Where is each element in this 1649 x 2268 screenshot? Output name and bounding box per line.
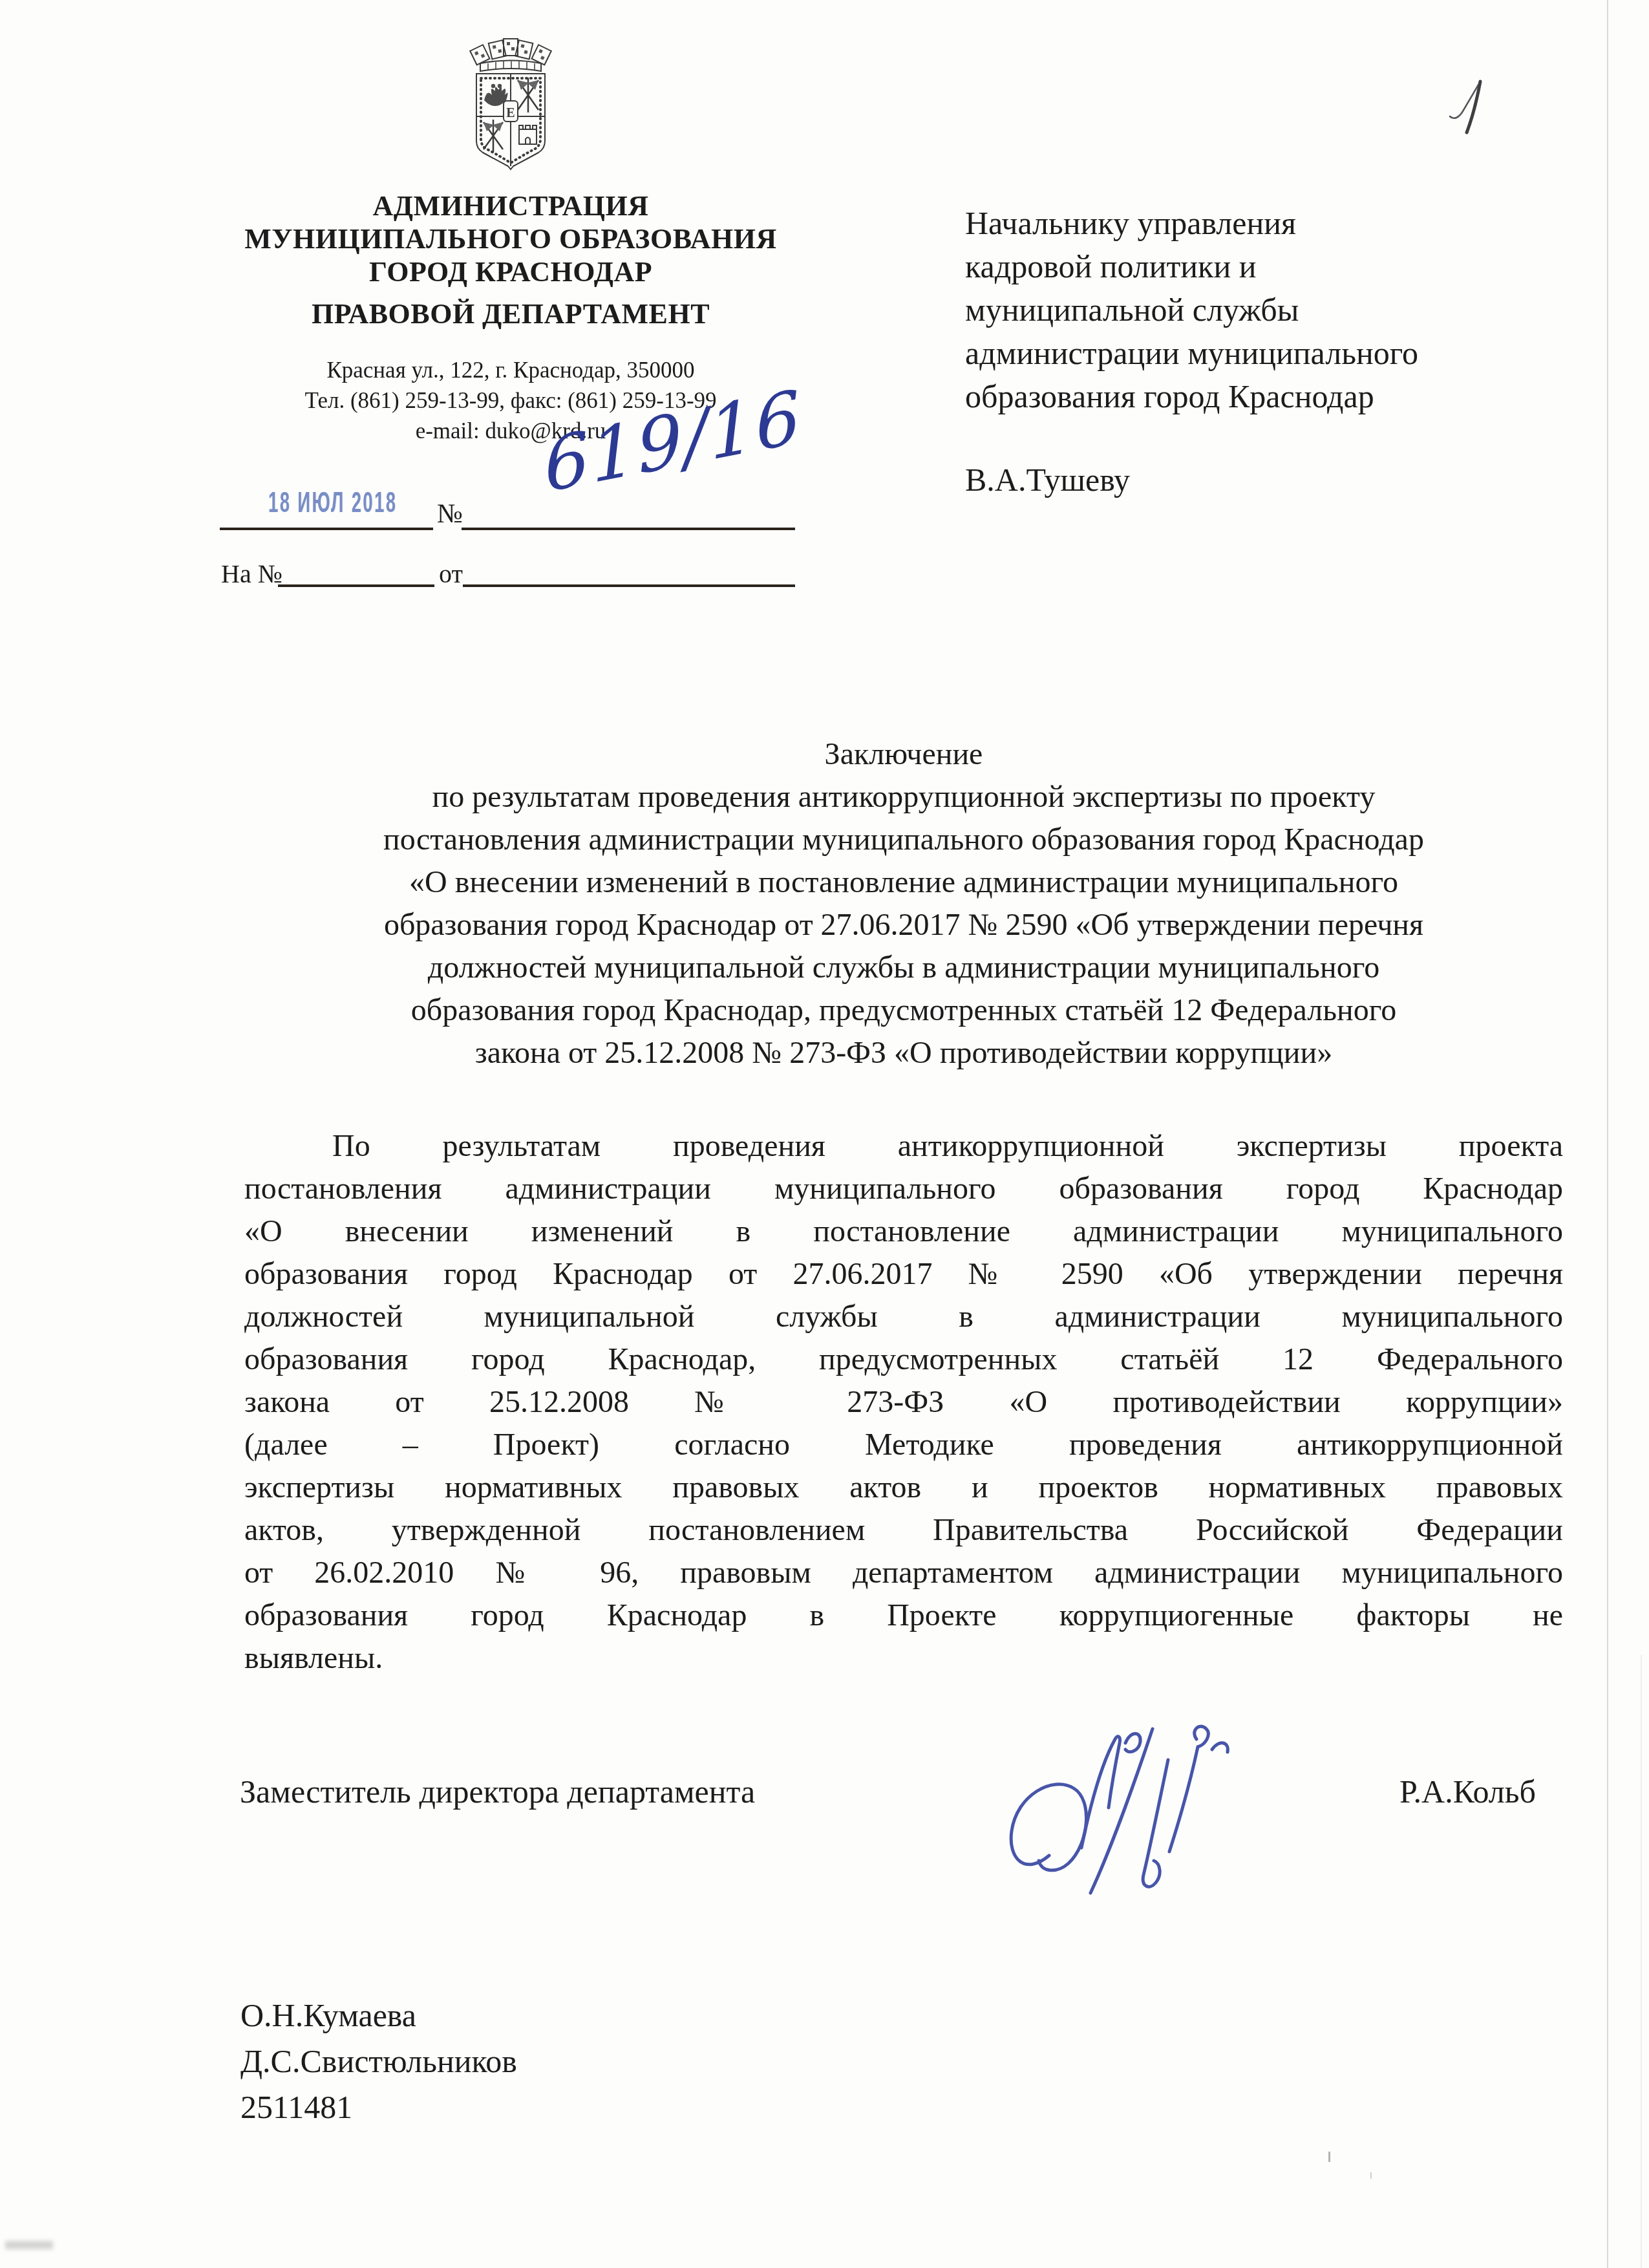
addressee-line: Начальнику управления [965,202,1547,245]
executor-phone: 2511481 [240,2084,517,2130]
date-stamp: 18 ИЮЛ 2018 [268,487,397,519]
body-line: должностей муниципальной службы в админи… [244,1296,1563,1338]
title-line: постановления администрации муниципально… [244,818,1563,861]
scanned-letter-page: Е АДМИНИСТРАЦИЯ МУНИЦИПАЛЬНОГО ОБРАЗОВАН… [0,0,1649,2268]
page-number-annotation [1445,70,1490,141]
body-line: от 26.02.2010 № 96, правовым департамент… [244,1552,1563,1594]
department-name: ПРАВОВОЙ ДЕПАРТАМЕНТ [207,297,814,330]
title-line: образования город Краснодар, предусмотре… [244,989,1563,1032]
scan-speck-artifact [1328,2152,1330,2162]
krasnodar-coat-of-arms-icon: Е [466,37,555,171]
addressee-line: администрации муниципального [965,332,1547,375]
title-line: должностей муниципальной службы в админи… [244,947,1563,989]
body-line: (далее – Проект) согласно Методике прове… [244,1424,1563,1466]
title-line: образования город Краснодар от 27.06.201… [244,904,1563,947]
title-line: Заключение [244,733,1563,776]
addressee-line: образования город Краснодар [965,375,1547,418]
addressee-line: муниципальной службы [965,288,1547,332]
executor-name-1: О.Н.Кумаева [240,1993,517,2038]
reply-date-underline [463,584,795,587]
body-line: актов, утвержденной постановлением Прави… [244,1509,1563,1552]
executor-name-2: Д.С.Свистюльников [240,2038,517,2084]
body-line: закона от 25.12.2008 № 273-ФЗ «О противо… [244,1381,1563,1424]
addressee-block: Начальнику управления кадровой политики … [965,202,1547,502]
reply-date-label: от [439,559,463,590]
org-name-line-1: АДМИНИСТРАЦИЯ [207,189,814,222]
signature-autograph [999,1720,1290,1914]
executors-block: О.Н.Кумаева Д.С.Свистюльников 2511481 [240,1993,517,2130]
document-title: Заключение по результатам проведения ант… [244,733,1563,1075]
reply-number-label: На № [221,559,282,590]
title-line: «О внесении изменений в постановление ад… [244,861,1563,904]
scan-line-artifact [1641,1655,1642,2268]
scan-line-artifact [1607,0,1608,2268]
body-line: экспертизы нормативных правовых актов и … [244,1466,1563,1509]
org-address: Красная ул., 122, г. Краснодар, 350000 [207,355,814,385]
reply-number-underline [278,584,434,587]
scan-smudge-artifact [5,2241,53,2249]
body-line: выявлены. [244,1637,1563,1680]
body-line: образования город Краснодар от 27.06.201… [244,1253,1563,1296]
signatory-name: Р.А.Кольб [1399,1770,1536,1813]
body-paragraph: По результатам проведения антикоррупцион… [244,1125,1563,1680]
body-line: постановления администрации муниципально… [244,1168,1563,1210]
org-name-line-2: МУНИЦИПАЛЬНОГО ОБРАЗОВАНИЯ [207,222,814,255]
addressee-name: В.А.Тушеву [965,458,1547,502]
signatory-position: Заместитель директора департамента [240,1770,755,1813]
title-line: закона от 25.12.2008 № 273-ФЗ «О противо… [244,1032,1563,1075]
number-underline [462,528,795,530]
title-line: по результатам проведения антикоррупцион… [244,776,1563,818]
body-line: образования город Краснодар в Проекте ко… [244,1594,1563,1637]
org-name-line-3: ГОРОД КРАСНОДАР [207,255,814,288]
body-line: «О внесении изменений в постановление ад… [244,1210,1563,1253]
body-line: По результатам проведения антикоррупцион… [244,1125,1563,1168]
date-underline [220,528,433,530]
emblem-monogram: Е [506,106,515,120]
number-sign-label: № [437,498,463,530]
body-line: образования город Краснодар, предусмотре… [244,1338,1563,1381]
scan-speck-artifact [1370,2172,1372,2179]
addressee-line: кадровой политики и [965,245,1547,288]
